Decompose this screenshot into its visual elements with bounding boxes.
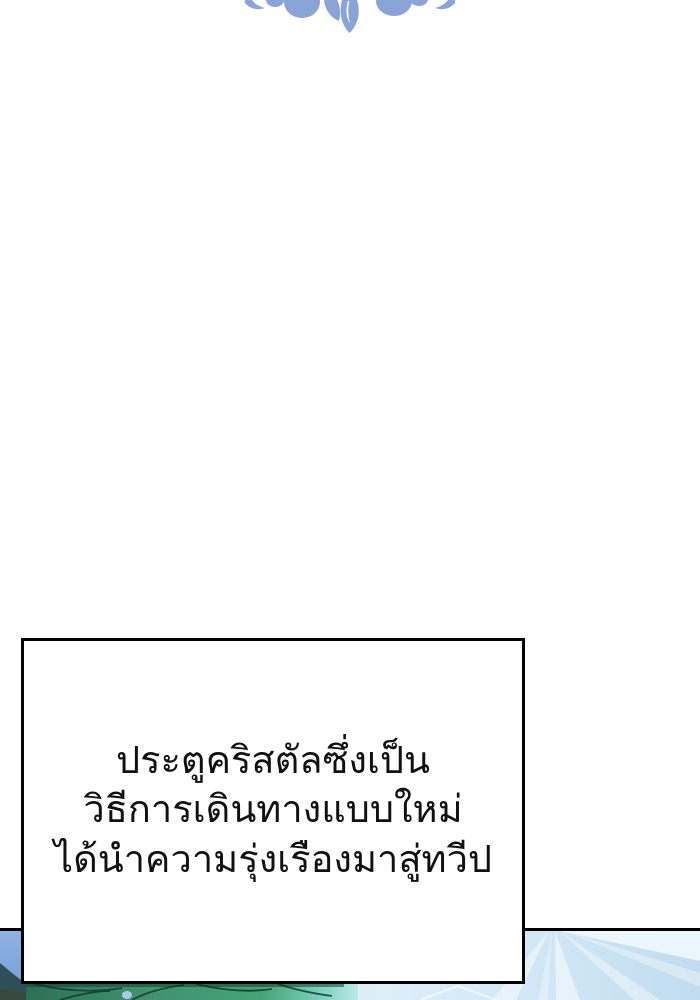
caption-line: ได้นำความรุ่งเรืองมาสู่ทวีป [54, 836, 492, 885]
floral-flourish-icon [245, 0, 455, 34]
caption-line: ประตูคริสตัลซึ่งเป็น [54, 737, 492, 786]
flourish-shapes [245, 0, 455, 33]
caption-line: วิธีการเดินทางแบบใหม่ [54, 786, 492, 835]
caption-box: ประตูคริสตัลซึ่งเป็น วิธีการเดินทางแบบให… [21, 638, 525, 984]
caption-text: ประตูคริสตัลซึ่งเป็น วิธีการเดินทางแบบให… [54, 737, 492, 885]
